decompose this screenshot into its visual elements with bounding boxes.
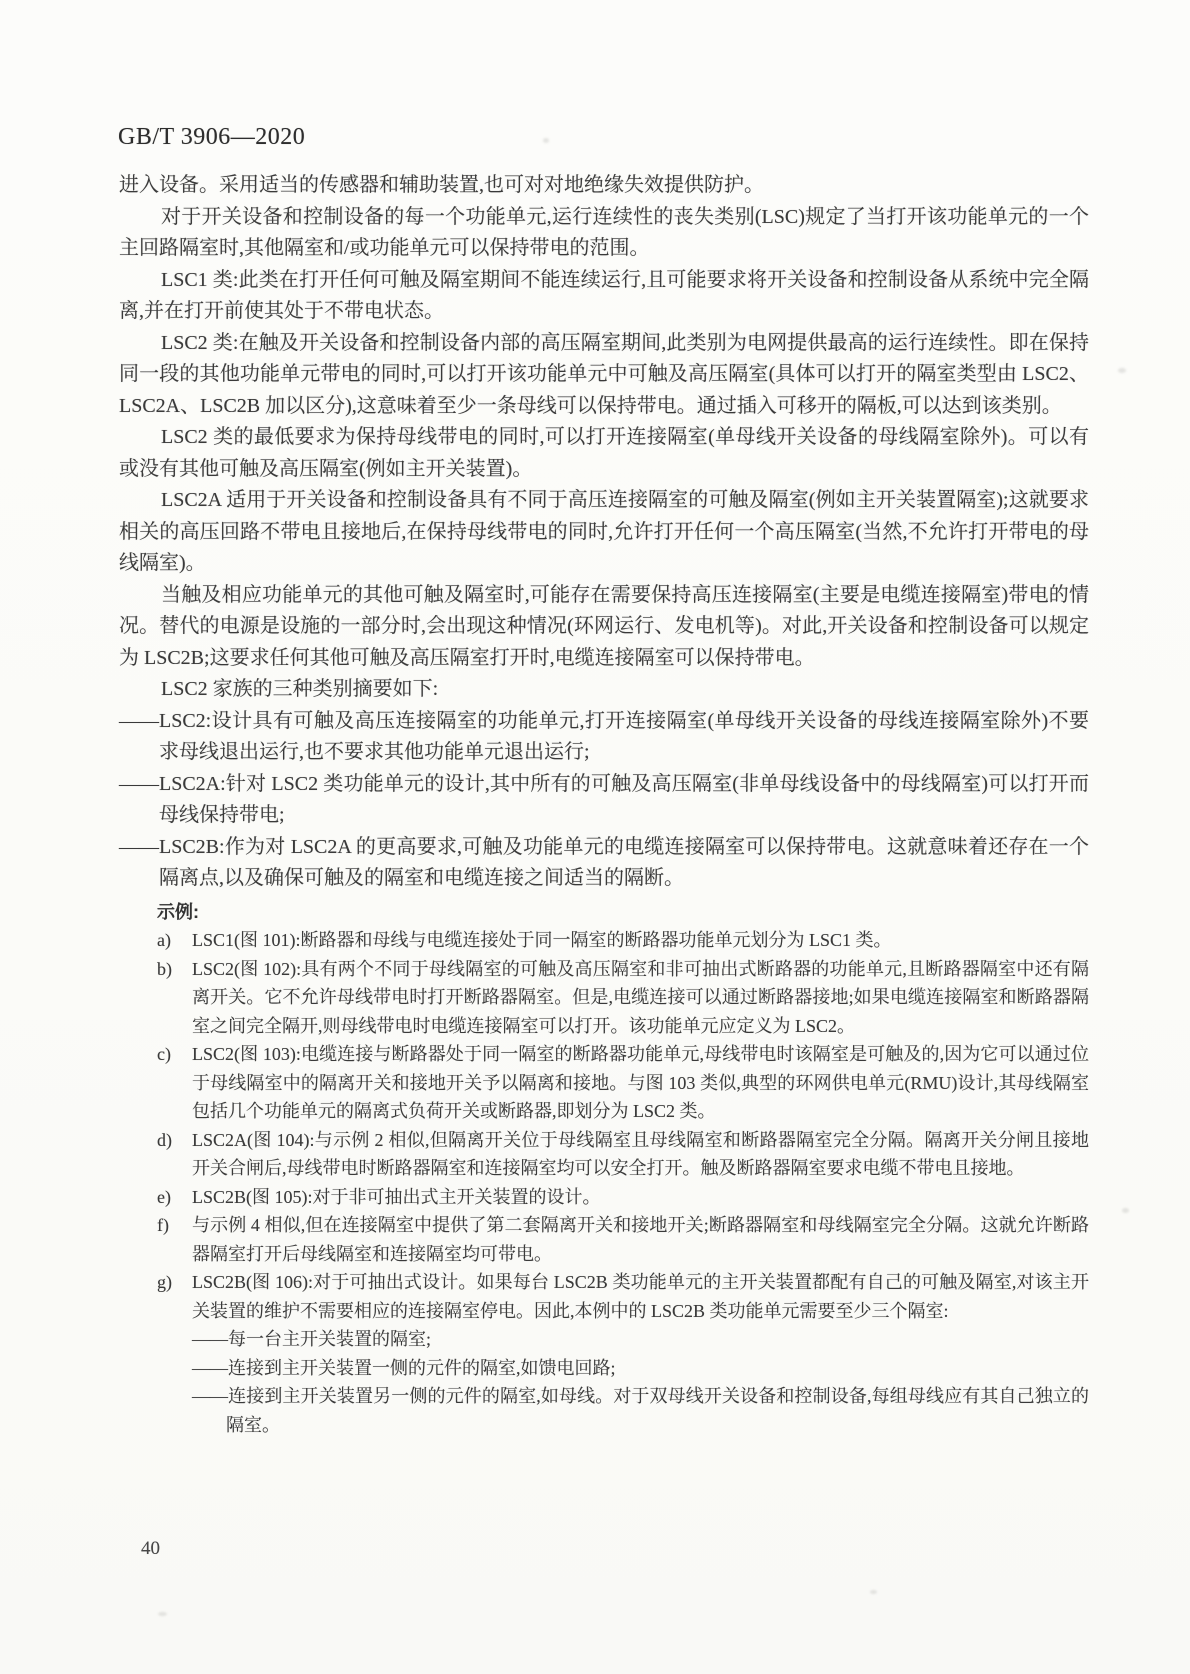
example-text: LSC2B(图 106):对于可抽出式设计。如果每台 LSC2B 类功能单元的主… — [192, 1268, 1089, 1325]
paragraph: 进入设备。采用适当的传感器和辅助装置,也可对对地绝缘失效提供防护。 — [119, 170, 1089, 202]
paragraph: LSC2 家族的三种类别摘要如下: — [119, 674, 1089, 706]
example-item: e)LSC2B(图 105):对于非可抽出式主开关装置的设计。 — [119, 1183, 1089, 1212]
paragraph: 当触及相应功能单元的其他可触及隔室时,可能存在需要保持高压连接隔室(主要是电缆连… — [119, 580, 1089, 675]
examples-list: a)LSC1(图 101):断路器和母线与电缆连接处于同一隔室的断路器功能单元划… — [119, 926, 1089, 1439]
paragraph: 对于开关设备和控制设备的每一个功能单元,运行连续性的丧失类别(LSC)规定了当打… — [119, 202, 1089, 265]
page-number: 40 — [141, 1538, 160, 1560]
scan-speck — [158, 1612, 167, 1616]
paragraph: LSC2A 适用于开关设备和控制设备具有不同于高压连接隔室的可触及隔室(例如主开… — [119, 485, 1089, 580]
paragraph: LSC1 类:此类在打开任何可触及隔室期间不能连续运行,且可能要求将开关设备和控… — [119, 265, 1089, 328]
paragraph: LSC2 类的最低要求为保持母线带电的同时,可以打开连接隔室(单母线开关设备的母… — [119, 422, 1089, 485]
sub-dash-item: ——每一台主开关装置的隔室; — [192, 1325, 1089, 1354]
scan-speck — [1118, 368, 1126, 373]
page-content: 进入设备。采用适当的传感器和辅助装置,也可对对地绝缘失效提供防护。对于开关设备和… — [119, 170, 1089, 1439]
example-letter: d) — [157, 1126, 172, 1155]
paragraph: LSC2 类:在触及开关设备和控制设备内部的高压隔室期间,此类别为电网提供最高的… — [119, 328, 1089, 423]
example-letter: f) — [157, 1211, 169, 1240]
sub-dash-item: ——连接到主开关装置另一侧的元件的隔室,如母线。对于双母线开关设备和控制设备,每… — [192, 1382, 1089, 1439]
example-text: LSC2(图 103):电缆连接与断路器处于同一隔室的断路器功能单元,母线带电时… — [192, 1040, 1089, 1126]
example-text: LSC2(图 102):具有两个不同于母线隔室的可触及高压隔室和非可抽出式断路器… — [192, 955, 1089, 1041]
example-item: b)LSC2(图 102):具有两个不同于母线隔室的可触及高压隔室和非可抽出式断… — [119, 955, 1089, 1041]
scan-speck — [1122, 1208, 1129, 1213]
example-letter: a) — [157, 926, 171, 955]
scan-speck — [870, 1590, 877, 1594]
example-item: d)LSC2A(图 104):与示例 2 相似,但隔离开关位于母线隔室且母线隔室… — [119, 1126, 1089, 1183]
example-letter: c) — [157, 1040, 171, 1069]
document-page: GB/T 3906—2020 进入设备。采用适当的传感器和辅助装置,也可对对地绝… — [0, 0, 1190, 1674]
body-blocks: 进入设备。采用适当的传感器和辅助装置,也可对对地绝缘失效提供防护。对于开关设备和… — [119, 170, 1089, 895]
example-text: LSC2A(图 104):与示例 2 相似,但隔离开关位于母线隔室且母线隔室和断… — [192, 1126, 1089, 1183]
example-item: g)LSC2B(图 106):对于可抽出式设计。如果每台 LSC2B 类功能单元… — [119, 1268, 1089, 1439]
standard-number-header: GB/T 3906—2020 — [118, 124, 305, 151]
example-letter: e) — [157, 1183, 171, 1212]
example-text: LSC2B(图 105):对于非可抽出式主开关装置的设计。 — [192, 1183, 1089, 1212]
example-item: c)LSC2(图 103):电缆连接与断路器处于同一隔室的断路器功能单元,母线带… — [119, 1040, 1089, 1126]
example-item: a)LSC1(图 101):断路器和母线与电缆连接处于同一隔室的断路器功能单元划… — [119, 926, 1089, 955]
dash-list-item: ——LSC2:设计具有可触及高压连接隔室的功能单元,打开连接隔室(单母线开关设备… — [119, 706, 1089, 769]
example-item: f)与示例 4 相似,但在连接隔室中提供了第二套隔离开关和接地开关;断路器隔室和… — [119, 1211, 1089, 1268]
dash-list-item: ——LSC2B:作为对 LSC2A 的更高要求,可触及功能单元的电缆连接隔室可以… — [119, 832, 1089, 895]
sub-dash-item: ——连接到主开关装置一侧的元件的隔室,如馈电回路; — [192, 1354, 1089, 1383]
examples-label: 示例: — [157, 898, 1089, 927]
scan-speck — [543, 138, 549, 143]
example-text: 与示例 4 相似,但在连接隔室中提供了第二套隔离开关和接地开关;断路器隔室和母线… — [192, 1211, 1089, 1268]
example-text: LSC1(图 101):断路器和母线与电缆连接处于同一隔室的断路器功能单元划分为… — [192, 926, 1089, 955]
example-letter: g) — [157, 1268, 172, 1297]
example-letter: b) — [157, 955, 172, 984]
dash-list-item: ——LSC2A:针对 LSC2 类功能单元的设计,其中所有的可触及高压隔室(非单… — [119, 769, 1089, 832]
